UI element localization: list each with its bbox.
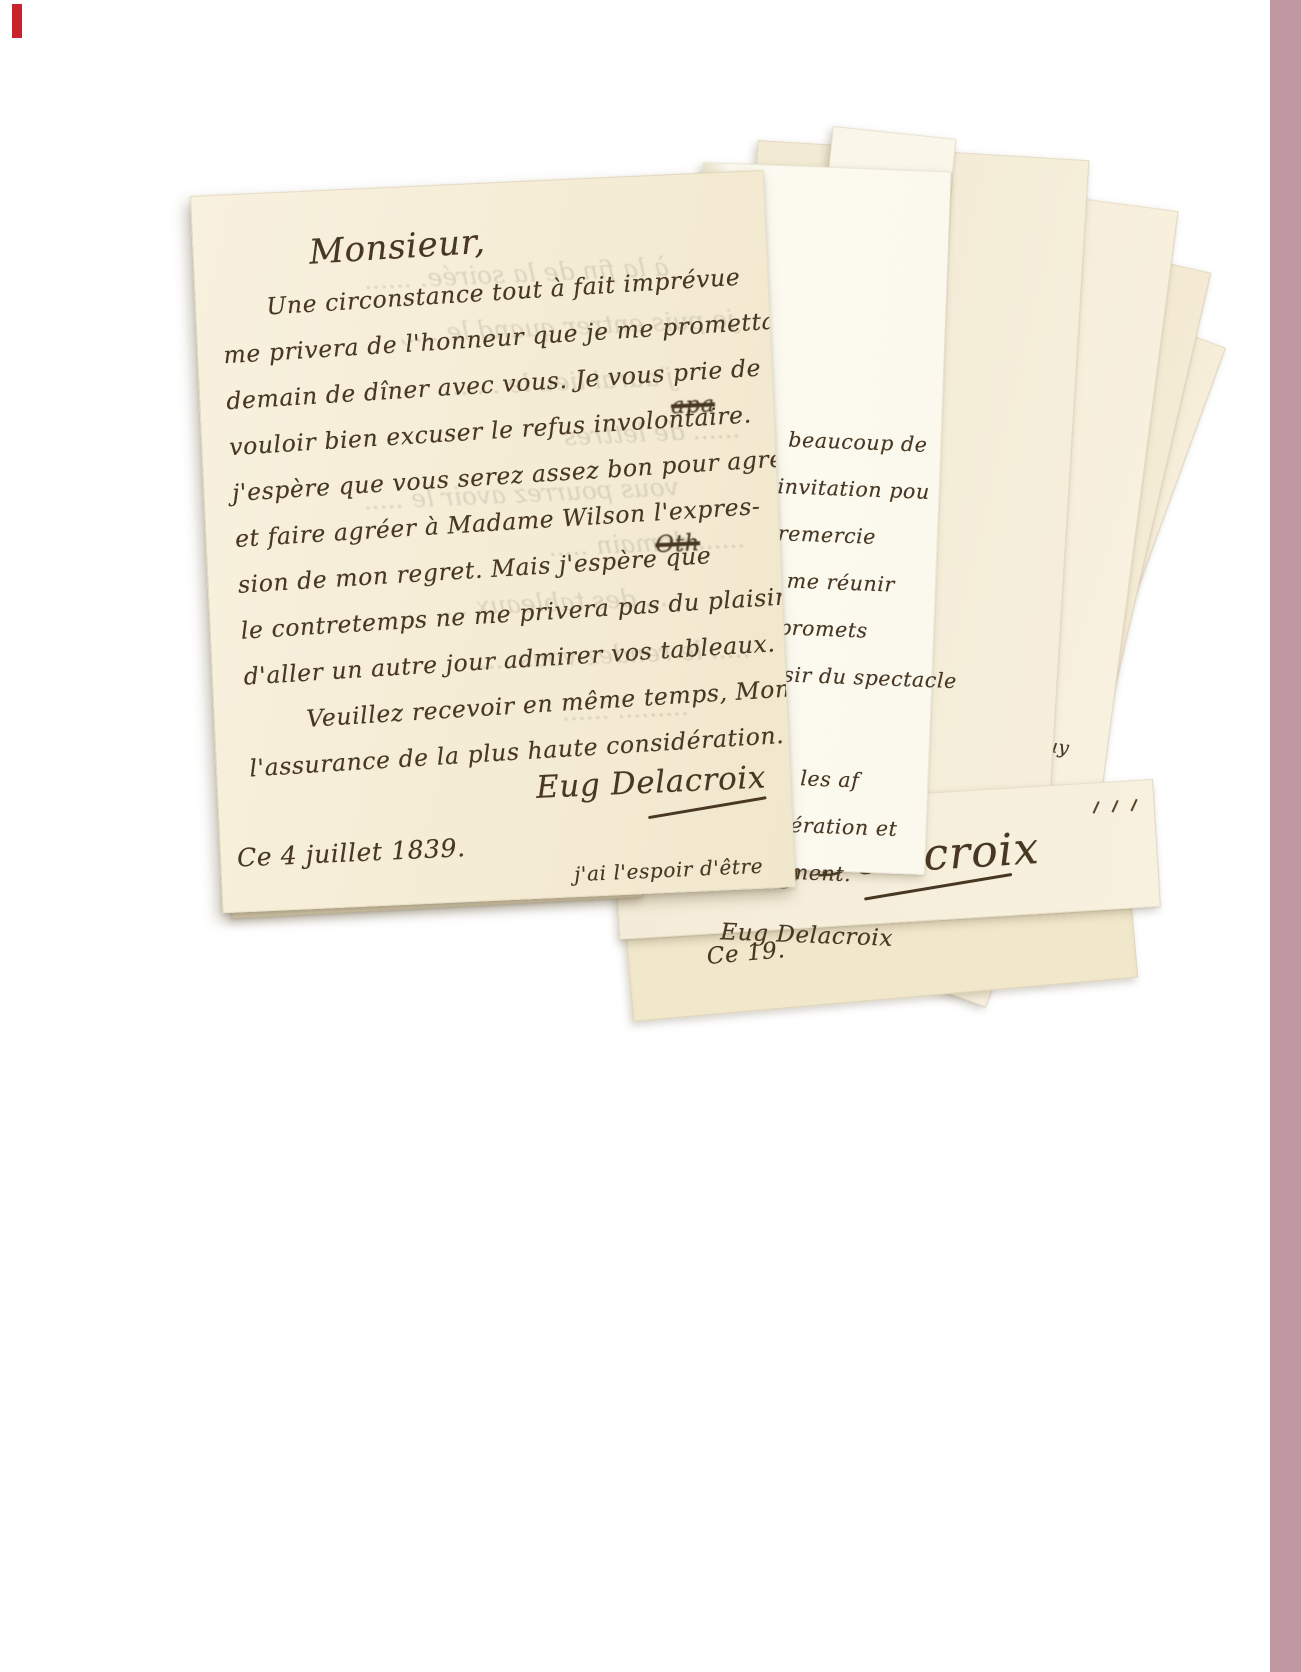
letter-body: Une circonstance tout à fait imprévueme … bbox=[219, 253, 784, 792]
photo-of-letter-stack: isud'lyj'e vousvousde nangereciationD. J… bbox=[0, 0, 1301, 1672]
front-letter-text: Monsieur, Une circonstance tout à fait i… bbox=[216, 205, 784, 791]
struck-out-word: apa bbox=[670, 391, 715, 419]
letter-date: Ce 4 juillet 1839. bbox=[236, 833, 466, 872]
struck-out-word: Oth bbox=[655, 530, 701, 558]
handwriting-fragment: beaucoup de bbox=[787, 417, 941, 470]
postscript-fragment: j'ai l'espoir d'être bbox=[574, 854, 764, 887]
handwriting-fragment: invitation pou bbox=[777, 463, 940, 516]
red-registration-tick bbox=[12, 4, 22, 38]
pen-tick-marks bbox=[1083, 791, 1141, 813]
front-letter-sheet: à la fin de la soirée. ......je puis ent… bbox=[190, 170, 796, 913]
right-accent-bar bbox=[1270, 0, 1301, 1672]
